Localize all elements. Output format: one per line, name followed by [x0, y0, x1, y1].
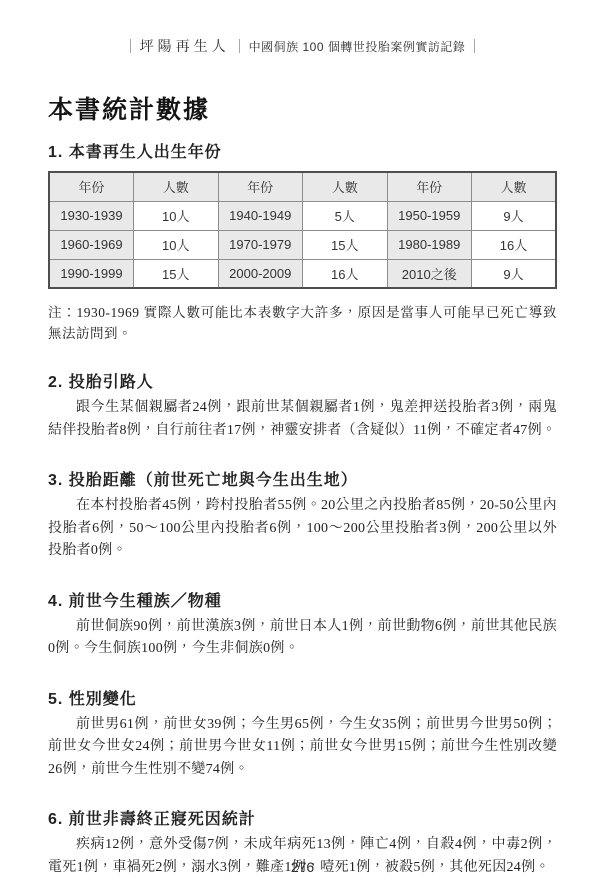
table-cell-year: 1960-1969 — [49, 230, 134, 259]
birth-year-table: 年份 人數 年份 人數 年份 人數 1930-1939 10人 1940-194… — [48, 171, 557, 289]
table-cell-year: 2000-2009 — [218, 259, 303, 288]
section-5-heading: 5. 性別變化 — [48, 686, 557, 709]
header-divider — [239, 39, 240, 53]
section-5-body: 前世男61例，前世女39例；今生男65例，今生女35例；前世男今世男50例；前世… — [48, 714, 557, 782]
table-cell-count: 10人 — [134, 201, 219, 230]
table-cell-count: 16人 — [472, 230, 557, 259]
table-cell-count: 5人 — [303, 201, 388, 230]
running-head-subtitle: 中國侗族 100 個轉世投胎案例實訪記錄 — [249, 38, 466, 55]
table-header-cell: 年份 — [218, 172, 303, 201]
section-2-body: 跟今生某個親屬者24例，跟前世某個親屬者1例，鬼差押送投胎者3例，兩鬼結伴投胎者… — [48, 397, 557, 442]
section-3-heading: 3. 投胎距離（前世死亡地與今生出生地） — [48, 467, 557, 490]
table-cell-year: 1940-1949 — [218, 201, 303, 230]
table-cell-count: 10人 — [134, 230, 219, 259]
running-head-book-title: 坪陽再生人 — [140, 36, 230, 56]
table-cell-count: 9人 — [472, 259, 557, 288]
table-cell-year: 2010之後 — [387, 259, 472, 288]
table-cell-count: 15人 — [303, 230, 388, 259]
section-4-heading: 4. 前世今生種族／物種 — [48, 588, 557, 611]
table-header-cell: 人數 — [472, 172, 557, 201]
table-cell-year: 1970-1979 — [218, 230, 303, 259]
table-cell-year: 1980-1989 — [387, 230, 472, 259]
section-4-body: 前世侗族90例，前世漢族3例，前世日本人1例，前世動物6例，前世其他民族0例。今… — [48, 616, 557, 661]
page-number: 276 — [0, 859, 605, 875]
table-cell-count: 16人 — [303, 259, 388, 288]
table-header-cell: 人數 — [134, 172, 219, 201]
running-head: 坪陽再生人 中國侗族 100 個轉世投胎案例實訪記錄 — [0, 36, 605, 56]
table-header-cell: 年份 — [387, 172, 472, 201]
table-cell-year: 1930-1939 — [49, 201, 134, 230]
page-content: 本書統計數據 1. 本書再生人出生年份 年份 人數 年份 人數 年份 人數 19… — [0, 90, 605, 879]
table-cell-count: 9人 — [472, 201, 557, 230]
table-note: 注：1930-1969 實際人數可能比本表數字大許多，原因是當事人可能早已死亡導… — [48, 302, 557, 344]
table-header-cell: 年份 — [49, 172, 134, 201]
table-row: 1960-1969 10人 1970-1979 15人 1980-1989 16… — [49, 230, 556, 259]
section-3-body: 在本村投胎者45例，跨村投胎者55例。20公里之內投胎者85例，20-50公里內… — [48, 495, 557, 563]
table-row: 1930-1939 10人 1940-1949 5人 1950-1959 9人 — [49, 201, 556, 230]
header-divider — [130, 39, 131, 53]
section-1-heading: 1. 本書再生人出生年份 — [48, 139, 557, 162]
page-title: 本書統計數據 — [48, 90, 557, 126]
section-2-heading: 2. 投胎引路人 — [48, 369, 557, 392]
table-cell-count: 15人 — [134, 259, 219, 288]
section-6-heading: 6. 前世非壽終正寢死因統計 — [48, 806, 557, 829]
table-header-cell: 人數 — [303, 172, 388, 201]
book-page: 坪陽再生人 中國侗族 100 個轉世投胎案例實訪記錄 本書統計數據 1. 本書再… — [0, 0, 605, 896]
header-divider — [474, 39, 475, 53]
table-header-row: 年份 人數 年份 人數 年份 人數 — [49, 172, 556, 201]
table-row: 1990-1999 15人 2000-2009 16人 2010之後 9人 — [49, 259, 556, 288]
table-cell-year: 1990-1999 — [49, 259, 134, 288]
table-cell-year: 1950-1959 — [387, 201, 472, 230]
